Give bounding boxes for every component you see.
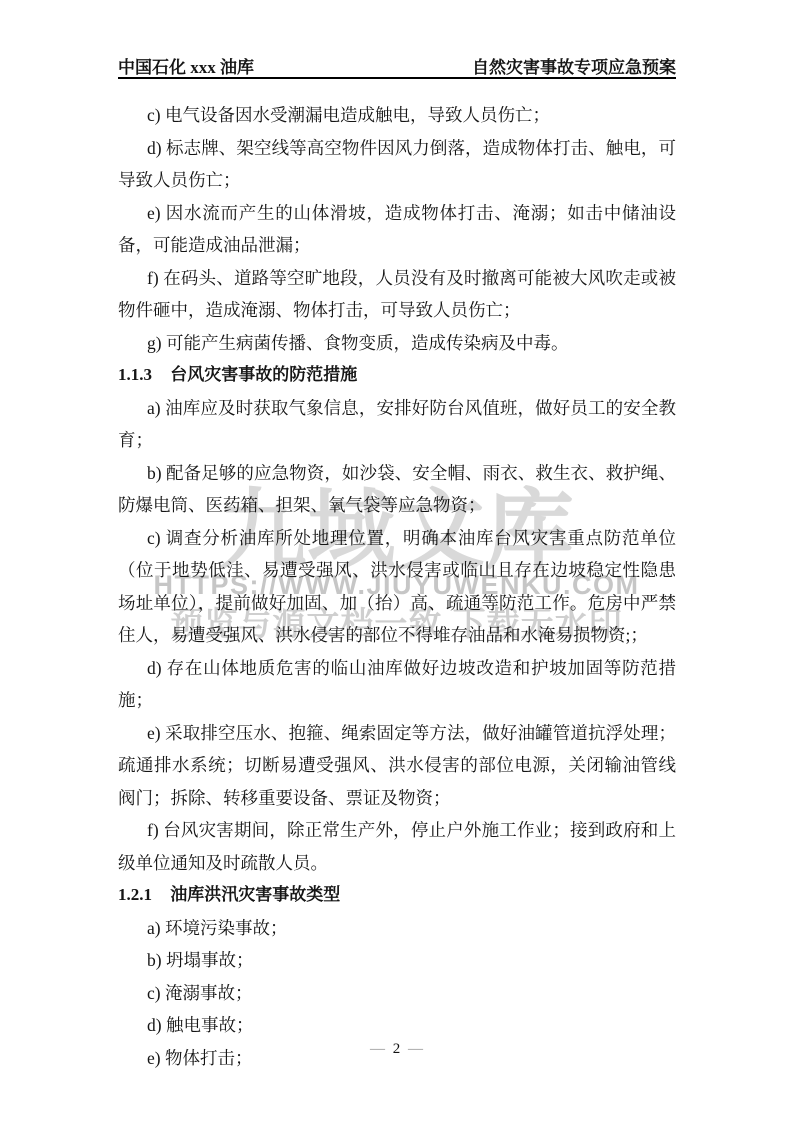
- list-item: b) 配备足够的应急物资，如沙袋、安全帽、雨衣、救生衣、救护绳、防爆电筒、医药箱…: [118, 457, 676, 522]
- page-footer: — 2 —: [0, 1041, 793, 1058]
- footer-dash-left: —: [370, 1041, 385, 1057]
- list-item: e) 因水流而产生的山体滑坡，造成物体打击、淹溺；如击中储油设备，可能造成油品泄…: [118, 197, 676, 262]
- header-right-title: 自然灾害事故专项应急预案: [472, 53, 676, 78]
- section-title: 油库洪汛灾害事故类型: [170, 885, 340, 904]
- section-heading-1-2-1: 1.2.1 油库洪汛灾害事故类型: [118, 879, 676, 912]
- list-item: c) 淹溺事故；: [118, 977, 676, 1010]
- list-item: b) 坍塌事故；: [118, 944, 676, 977]
- list-item: c) 调查分析油库所处地理位置，明确本油库台风灾害重点防范单位（位于地势低洼、易…: [118, 522, 676, 652]
- list-item: a) 油库应及时获取气象信息，安排好防台风值班，做好员工的安全教育；: [118, 392, 676, 457]
- list-item: a) 环境污染事故；: [118, 912, 676, 945]
- list-item: d) 标志牌、架空线等高空物件因风力倒落，造成物体打击、触电，可导致人员伤亡；: [118, 132, 676, 197]
- list-item: g) 可能产生病菌传播、食物变质，造成传染病及中毒。: [118, 327, 676, 360]
- page-number: 2: [393, 1041, 401, 1057]
- list-item: f) 台风灾害期间，除正常生产外，停止户外施工作业；接到政府和上级单位通知及时疏…: [118, 814, 676, 879]
- header-left-title: 中国石化 xxx 油库: [118, 53, 254, 78]
- section-title: 台风灾害事故的防范措施: [170, 365, 357, 384]
- list-item: e) 采取排空压水、抱箍、绳索固定等方法，做好油罐管道抗浮处理；疏通排水系统；切…: [118, 717, 676, 815]
- document-page: 中国石化 xxx 油库 自然灾害事故专项应急预案 九域文库 HTTPS://WW…: [0, 0, 793, 1122]
- footer-dash-right: —: [408, 1041, 423, 1057]
- section-number: 1.1.3: [118, 365, 152, 384]
- page-header: 中国石化 xxx 油库 自然灾害事故专项应急预案: [118, 53, 676, 78]
- list-item: d) 存在山体地质危害的临山油库做好边坡改造和护坡加固等防范措施；: [118, 652, 676, 717]
- section-number: 1.2.1: [118, 885, 152, 904]
- document-body: c) 电气设备因水受潮漏电造成触电，导致人员伤亡； d) 标志牌、架空线等高空物…: [118, 99, 676, 1074]
- list-item: f) 在码头、道路等空旷地段，人员没有及时撤离可能被大风吹走或被物件砸中，造成淹…: [118, 262, 676, 327]
- section-heading-1-1-3: 1.1.3 台风灾害事故的防范措施: [118, 359, 676, 392]
- header-divider-line: [118, 77, 676, 79]
- list-item: c) 电气设备因水受潮漏电造成触电，导致人员伤亡；: [118, 99, 676, 132]
- list-item: d) 触电事故；: [118, 1009, 676, 1042]
